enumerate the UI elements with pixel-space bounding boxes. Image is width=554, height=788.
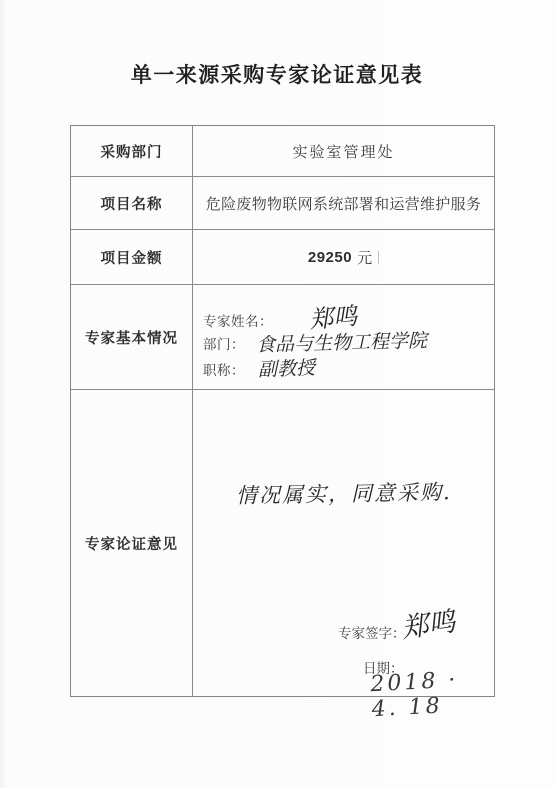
table-row-project-name: 项目名称 危险废物物联网系统部署和运营维护服务 [71,177,494,230]
purchasing-department-text: 实验室管理处 [292,141,394,162]
row-value-expert-basic-info: 专家姓名： 郑鸣 部门： 食品与生物工程学院 职称： 副教授 [193,285,494,389]
row-label-project-amount: 项目金额 [71,230,193,284]
expert-signature-handwriting: 郑鸣 [399,599,458,645]
expert-department-label: 部门： [203,337,245,352]
project-amount-number: 29250 [308,249,352,266]
project-name-text: 危险废物物联网系统部署和运营维护服务 [206,193,481,214]
row-label-expert-opinion: 专家论证意见 [71,390,193,696]
row-label-expert-basic-info: 专家基本情况 [71,285,193,389]
row-value-purchasing-department: 实验室管理处 [193,126,494,176]
row-value-expert-opinion: 情况属实，同意采购. 专家签字： 郑鸣 日期： 2018 · 4. 18 [193,390,494,696]
expert-title-label: 职称： [203,363,245,378]
table-row-purchasing-department: 采购部门 实验室管理处 [71,126,494,177]
row-value-project-name: 危险废物物联网系统部署和运营维护服务 [193,177,494,229]
table-row-expert-opinion: 专家论证意见 情况属实，同意采购. 专家签字： 郑鸣 日期： 2018 · 4.… [71,390,494,696]
expert-title-handwriting: 副教授 [257,353,315,382]
row-label-project-name: 项目名称 [71,177,193,229]
scanned-document-page: 单一来源采购专家论证意见表 采购部门 实验室管理处 项目名称 危险废物物联网系统… [0,0,554,788]
expert-department-line: 部门： 食品与生物工程学院 [203,328,427,355]
row-label-purchasing-department: 采购部门 [71,126,193,176]
project-amount: 29250 元 [308,247,379,268]
page-title: 单一来源采购专家论证意见表 [0,59,554,89]
project-amount-unit: 元 [357,247,372,268]
expert-name-label: 专家姓名： [203,314,273,329]
expert-department-handwriting: 食品与生物工程学院 [255,326,427,357]
table-row-project-amount: 项目金额 29250 元 [71,230,494,285]
text-cursor-artifact [378,251,379,264]
expert-signature-label: 专家签字： [338,622,406,642]
date-handwriting: 2018 · 4. 18 [370,666,495,722]
expert-opinion-handwriting: 情况属实，同意采购. [236,476,452,510]
row-value-project-amount: 29250 元 [193,230,494,284]
form-table: 采购部门 实验室管理处 项目名称 危险废物物联网系统部署和运营维护服务 项目金额… [70,125,495,697]
expert-title-line: 职称： 副教授 [203,354,315,381]
table-row-expert-basic-info: 专家基本情况 专家姓名： 郑鸣 部门： 食品与生物工程学院 职称： 副教授 [71,285,494,390]
